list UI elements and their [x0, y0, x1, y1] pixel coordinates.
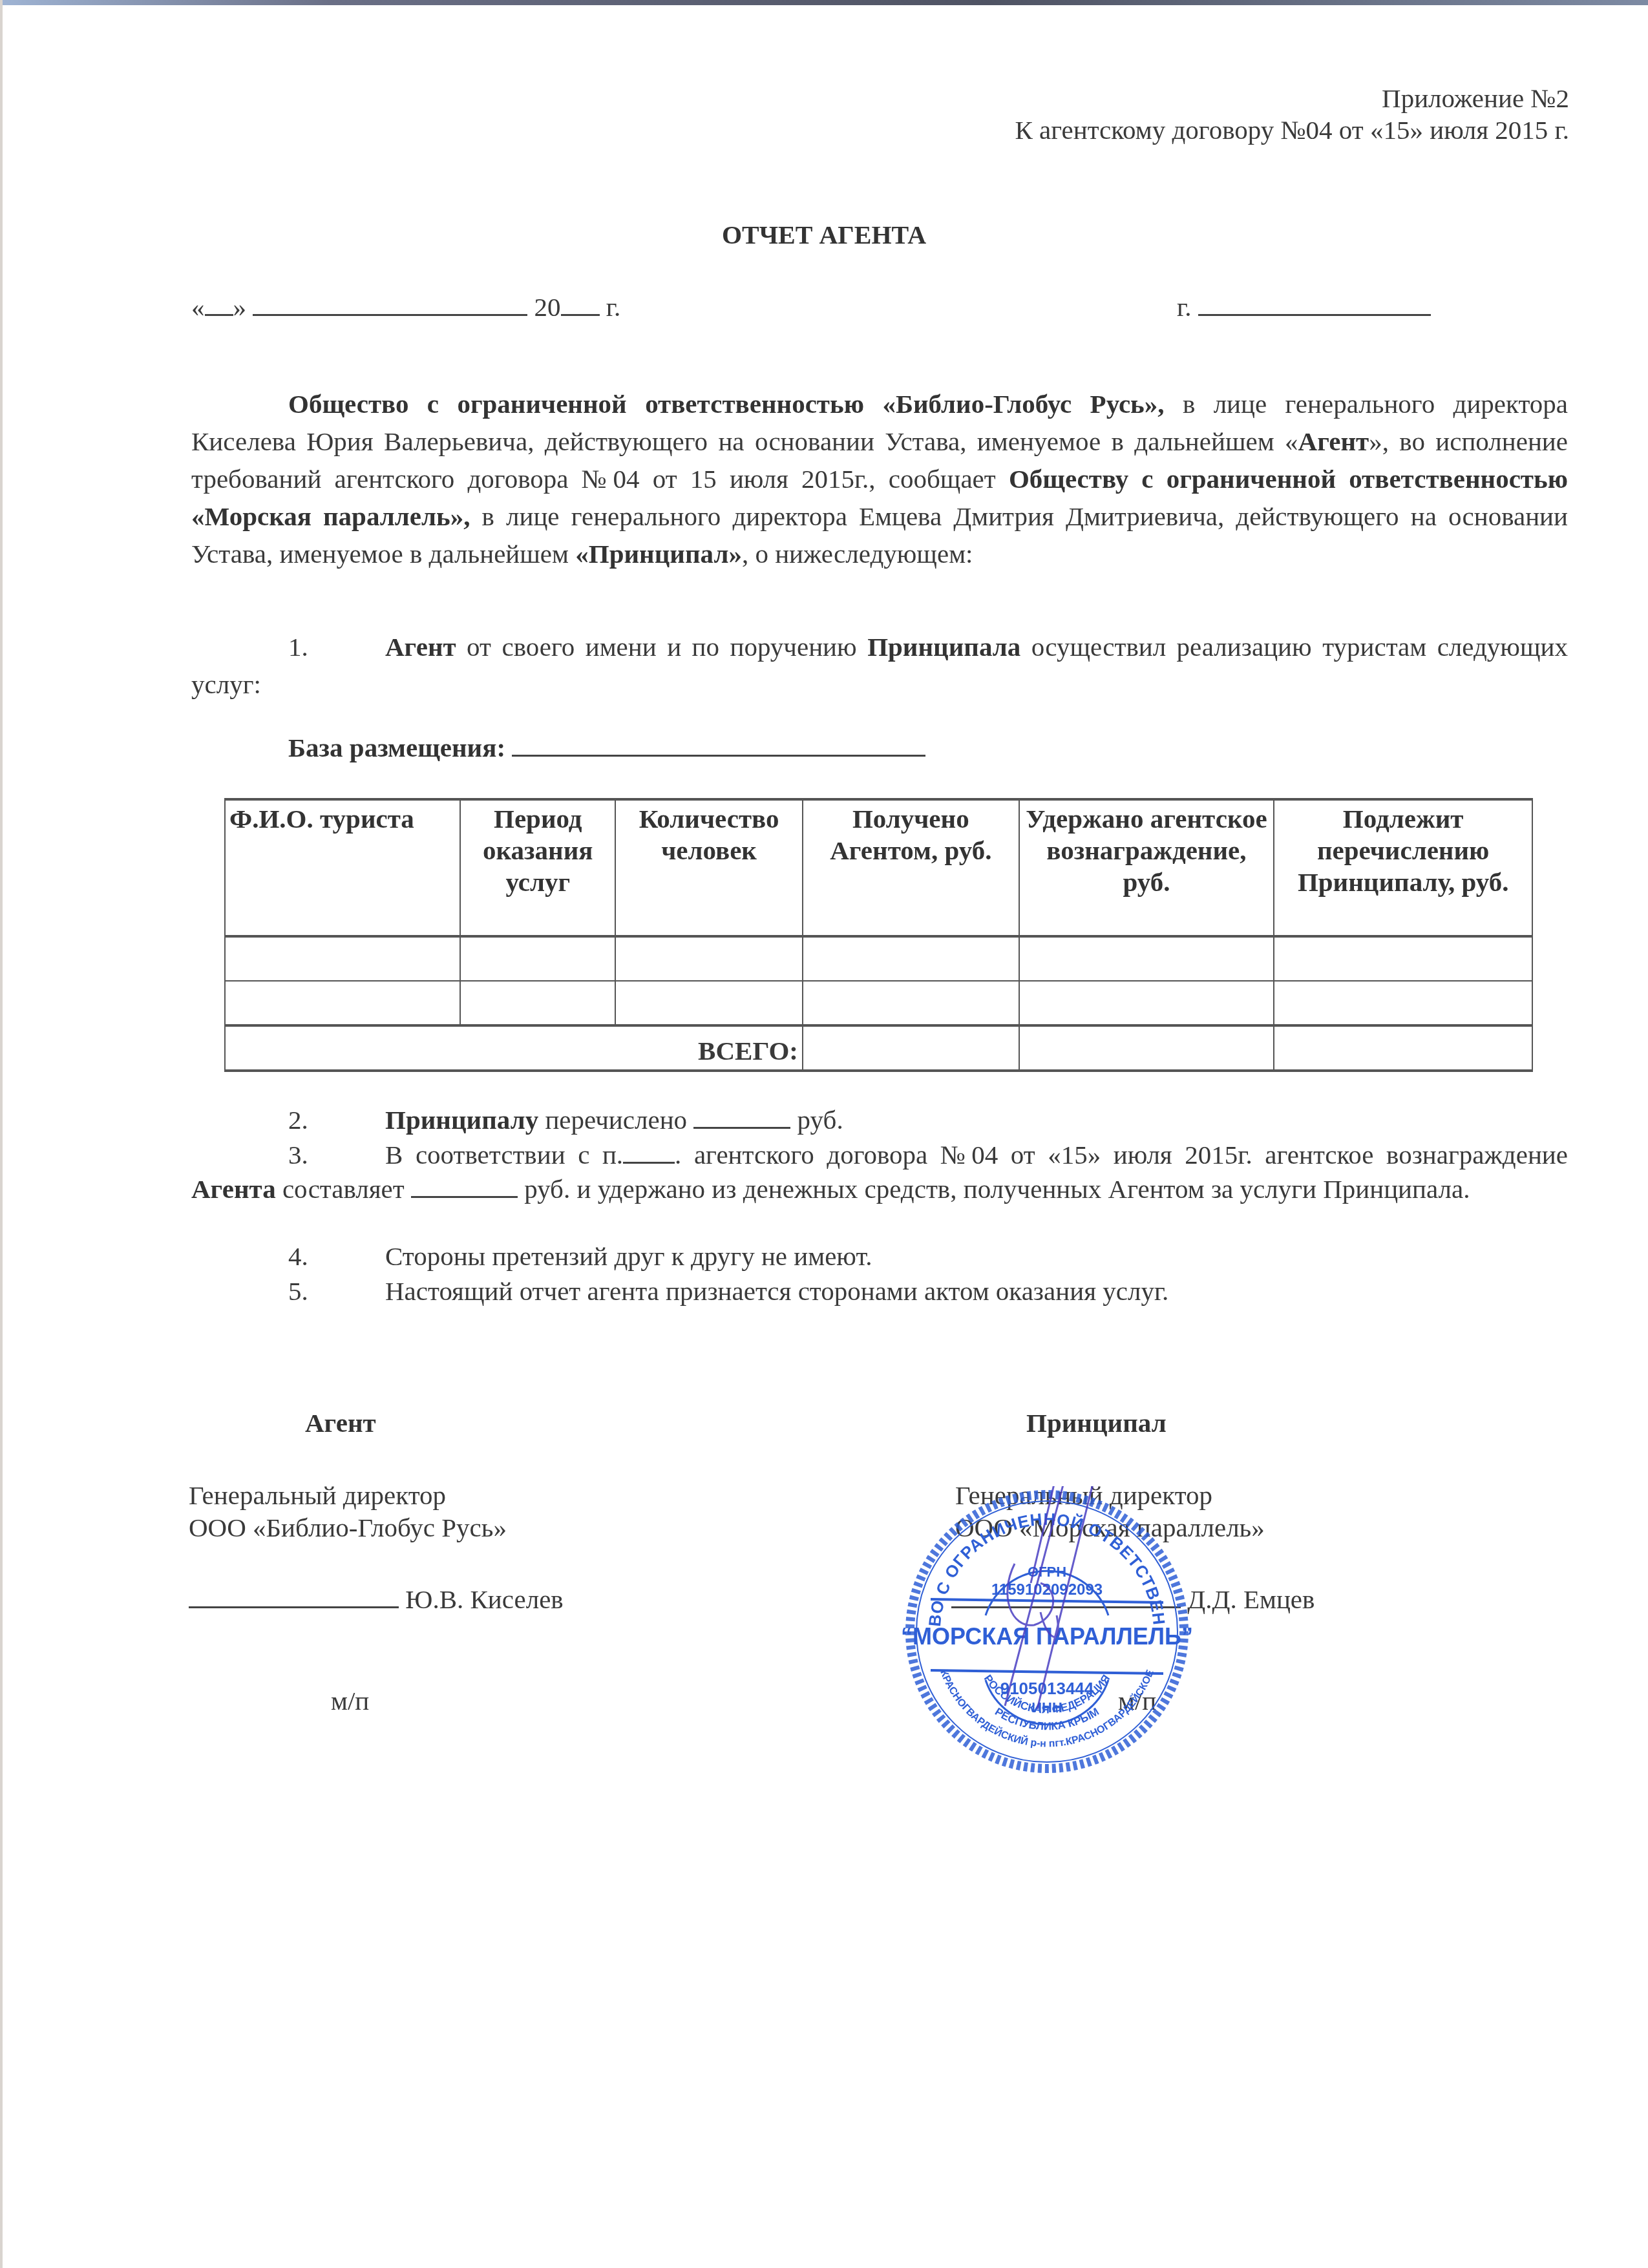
principal-role-label: Принципал: [1026, 1407, 1167, 1439]
item-number: 5.: [288, 1274, 385, 1308]
commission-amount-blank[interactable]: [411, 1171, 518, 1198]
table-cell[interactable]: [1019, 981, 1274, 1025]
svg-text:ОБЩЕСТВО С ОГРАНИЧЕННОЙ ОТВЕТС: ОБЩЕСТВО С ОГРАНИЧЕННОЙ ОТВЕТСТВЕННОСТЬЮ: [902, 1486, 1169, 1628]
item-text: руб. и удержано из денежных средств, пол…: [518, 1174, 1470, 1204]
svg-text:“МОРСКАЯ ПАРАЛЛЕЛЬ”: “МОРСКАЯ ПАРАЛЛЕЛЬ”: [902, 1623, 1192, 1650]
agent-term: Агент: [1298, 426, 1369, 456]
year-suffix: г.: [606, 292, 620, 322]
agent-position: Генеральный директор: [189, 1480, 446, 1511]
total-label: ВСЕГО:: [225, 1025, 803, 1071]
table-total-row: ВСЕГО:: [225, 1025, 1532, 1071]
agent-company: ООО «Библио-Глобус Русь»: [189, 1512, 507, 1544]
table-cell[interactable]: [803, 981, 1019, 1025]
column-header-payable: Подлежит перечислению Принципалу, руб.: [1274, 799, 1532, 936]
item-5: 5.Настоящий отчет агента признается стор…: [191, 1274, 1568, 1308]
day-blank[interactable]: [205, 289, 233, 316]
table-cell[interactable]: [803, 936, 1019, 981]
date-close-quote: »: [233, 292, 247, 322]
agent-seal-label: м/п: [331, 1685, 369, 1717]
month-blank[interactable]: [253, 289, 527, 316]
table-cell[interactable]: [1274, 981, 1532, 1025]
table-cell[interactable]: [615, 981, 803, 1025]
table-header-row: Ф.И.О. туриста Период оказания услуг Кол…: [225, 799, 1532, 936]
principal-term: «Принципал»: [575, 539, 742, 569]
item-text: перечислено: [538, 1105, 693, 1135]
agent-term: Агент: [385, 632, 456, 662]
accommodation-field: База размещения:: [288, 730, 925, 764]
accommodation-blank[interactable]: [512, 730, 925, 757]
company-stamp: ОБЩЕСТВО С ОГРАНИЧЕННОЙ ОТВЕТСТВЕННОСТЬЮ…: [902, 1486, 1192, 1777]
column-header-period: Период оказания услуг: [460, 799, 615, 936]
item-text: В соответствии с п.: [385, 1140, 623, 1170]
table-cell[interactable]: [1019, 936, 1274, 981]
table-cell[interactable]: [225, 936, 460, 981]
table-cell[interactable]: [1274, 936, 1532, 981]
city-prefix: г.: [1177, 292, 1191, 322]
item-number: 2.: [288, 1103, 385, 1137]
appendix-label: Приложение №2: [794, 83, 1569, 114]
total-received-cell[interactable]: [803, 1025, 1019, 1071]
page-title: ОТЧЕТ АГЕНТА: [0, 220, 1648, 251]
agent-company-name: Общество с ограниченной ответственностью…: [288, 389, 1165, 419]
clause-number-blank[interactable]: [623, 1137, 675, 1164]
header-block: Приложение №2 К агентскому договору №04 …: [794, 83, 1569, 146]
principal-term: Принципалу: [385, 1105, 538, 1135]
principal-signatory-name: Д.Д. Емцев: [1187, 1584, 1315, 1614]
intro-paragraph: Общество с ограниченной ответственностью…: [191, 385, 1568, 572]
item-number: 3.: [288, 1138, 385, 1171]
agent-signature-line: Ю.В. Киселев: [189, 1582, 564, 1615]
year-prefix: 20: [534, 292, 561, 322]
agent-role-label: Агент: [305, 1407, 376, 1439]
year-blank[interactable]: [561, 289, 600, 316]
total-commission-cell[interactable]: [1019, 1025, 1274, 1071]
item-1: 1.Агент от своего имени и по поручению П…: [191, 628, 1568, 703]
table-row: [225, 981, 1532, 1025]
column-header-received: Получено Агентом, руб.: [803, 799, 1019, 936]
item-4: 4.Стороны претензий друг к другу не имею…: [191, 1239, 1568, 1273]
item-text: от своего имени и по поручению: [456, 632, 868, 662]
item-3: 3.В соответствии с п.. агентского догово…: [191, 1137, 1568, 1206]
transferred-amount-blank[interactable]: [693, 1102, 790, 1129]
services-table: Ф.И.О. туриста Период оказания услуг Кол…: [224, 798, 1533, 1072]
city-blank[interactable]: [1198, 289, 1431, 316]
total-payable-cell[interactable]: [1274, 1025, 1532, 1071]
principal-term: Принципала: [867, 632, 1020, 662]
contract-reference: К агентскому договору №04 от «15» июля 2…: [794, 114, 1569, 146]
document-page: Приложение №2 К агентскому договору №04 …: [0, 0, 1648, 2268]
table-row: [225, 936, 1532, 981]
item-text: составляет: [276, 1174, 411, 1204]
item-text: . агентского договора №04 от «15» июля 2…: [675, 1140, 1568, 1170]
agent-signature-blank[interactable]: [189, 1582, 399, 1608]
intro-text-4: , о нижеследующем:: [742, 539, 973, 569]
agent-term: Агента: [191, 1174, 276, 1204]
column-header-people: Количество человек: [615, 799, 803, 936]
agent-signatory-name: Ю.В. Киселев: [405, 1584, 563, 1614]
date-line: «» 20 г. г.: [191, 289, 1613, 323]
table-cell[interactable]: [615, 936, 803, 981]
item-text: Стороны претензий друг к другу не имеют.: [385, 1241, 872, 1271]
column-header-commission: Удержано агентское вознаграждение, руб.: [1019, 799, 1274, 936]
item-number: 1.: [288, 628, 385, 666]
item-number: 4.: [288, 1239, 385, 1273]
date-open-quote: «: [191, 292, 205, 322]
item-text: руб.: [790, 1105, 843, 1135]
table-cell[interactable]: [225, 981, 460, 1025]
city-field: г.: [1177, 289, 1431, 323]
table-cell[interactable]: [460, 981, 615, 1025]
column-header-tourist: Ф.И.О. туриста: [225, 799, 460, 936]
table-cell[interactable]: [460, 936, 615, 981]
item-text: Настоящий отчет агента признается сторон…: [385, 1276, 1168, 1306]
item-2: 2.Принципалу перечислено руб.: [191, 1102, 1568, 1137]
accommodation-label: База размещения:: [288, 733, 505, 762]
